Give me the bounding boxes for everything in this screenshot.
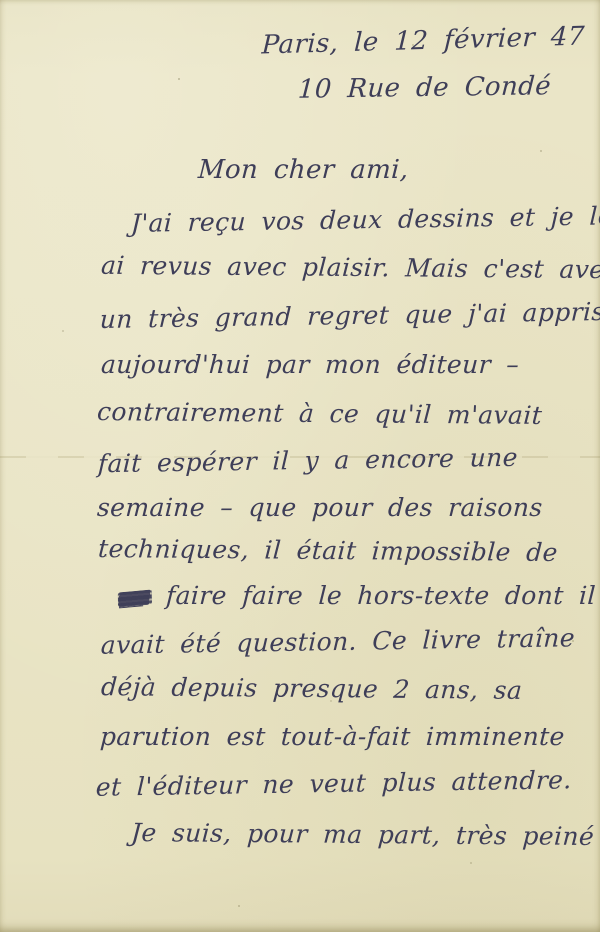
body-line-3: un très grand regret que j'ai appris bbox=[99, 295, 600, 337]
body-line-14: Je suis, pour ma part, très peiné bbox=[130, 816, 595, 854]
handwritten-letter-page: Paris, le 12 février 47 10 Rue de Condé … bbox=[0, 0, 600, 932]
body-line-8: techniques, il était impossible de bbox=[97, 532, 559, 570]
body-line-12: parution est tout-à-fait imminente bbox=[99, 720, 566, 754]
body-line-2: ai revus avec plaisir. Mais c'est avec bbox=[100, 249, 600, 288]
paper-specks bbox=[0, 0, 2, 2]
body-line-1: J'ai reçu vos deux dessins et je les bbox=[130, 199, 600, 241]
body-line-7: semaine – que pour des raisons bbox=[96, 491, 543, 525]
body-line-4: aujourd'hui par mon éditeur – bbox=[100, 348, 520, 382]
date-line: Paris, le 12 février 47 bbox=[261, 20, 586, 63]
body-line-10: avait été question. Ce livre traîne bbox=[100, 621, 575, 662]
salutation: Mon cher ami, bbox=[197, 153, 409, 187]
body-line-9: faire faire le hors-texte dont il bbox=[117, 579, 597, 613]
body-line-13: et l'éditeur ne veut plus attendre. bbox=[95, 763, 572, 804]
body-line-11: déjà depuis presque 2 ans, sa bbox=[100, 670, 523, 708]
body-line-6: fait espérer il y a encore une bbox=[97, 441, 518, 482]
crossed-out-word bbox=[118, 590, 153, 608]
body-line-9-text: faire faire le hors-texte dont il bbox=[165, 581, 596, 610]
address-line: 10 Rue de Condé bbox=[297, 69, 552, 107]
body-line-5: contrairement à ce qu'il m'avait bbox=[96, 395, 543, 433]
